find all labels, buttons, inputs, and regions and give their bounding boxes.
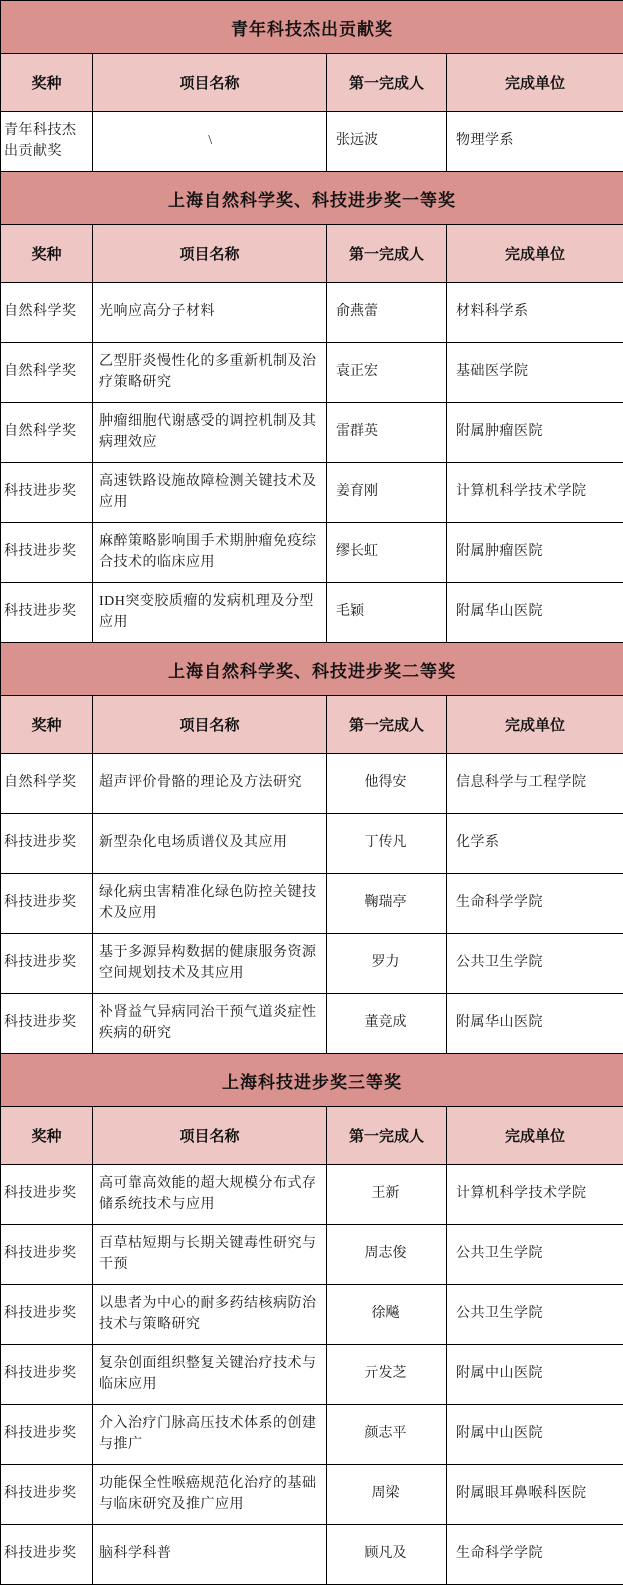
- award-section-table: 上海科技进步奖三等奖奖种项目名称第一完成人完成单位科技进步奖高可靠高效能的超大规…: [0, 1053, 623, 1585]
- award-type-cell: 科技进步奖: [1, 994, 93, 1054]
- unit-cell: 计算机科学技术学院: [447, 463, 623, 523]
- award-type-cell: 科技进步奖: [1, 1405, 93, 1465]
- table-row: 科技进步奖新型杂化电场质谱仪及其应用丁传凡化学系: [1, 814, 623, 874]
- unit-cell: 物理学系: [447, 112, 623, 172]
- column-header-row: 奖种项目名称第一完成人完成单位: [1, 225, 623, 283]
- award-type-cell: 科技进步奖: [1, 583, 93, 643]
- section-title: 青年科技杰出贡献奖: [1, 1, 623, 54]
- award-section-table: 上海自然科学奖、科技进步奖二等奖奖种项目名称第一完成人完成单位自然科学奖超声评价…: [0, 642, 623, 1054]
- first-completer-cell: 俞燕蕾: [327, 283, 447, 343]
- unit-cell: 化学系: [447, 814, 623, 874]
- column-header: 完成单位: [447, 1107, 623, 1165]
- section-band-row: 青年科技杰出贡献奖: [1, 1, 623, 54]
- unit-cell: 计算机科学技术学院: [447, 1165, 623, 1225]
- column-header-row: 奖种项目名称第一完成人完成单位: [1, 696, 623, 754]
- column-header: 第一完成人: [327, 225, 447, 283]
- award-type-cell: 科技进步奖: [1, 1345, 93, 1405]
- unit-cell: 公共卫生学院: [447, 934, 623, 994]
- project-name-cell: 复杂创面组织整复关键治疗技术与临床应用: [93, 1345, 327, 1405]
- first-completer-cell: 他得安: [327, 754, 447, 814]
- award-type-cell: 自然科学奖: [1, 754, 93, 814]
- awards-document: 青年科技杰出贡献奖奖种项目名称第一完成人完成单位青年科技杰出贡献奖\张远波物理学…: [0, 0, 623, 1585]
- table-row: 自然科学奖肿瘤细胞代谢感受的调控机制及其病理效应雷群英附属肿瘤医院: [1, 403, 623, 463]
- first-completer-cell: 顾凡及: [327, 1525, 447, 1585]
- award-type-cell: 科技进步奖: [1, 1465, 93, 1525]
- unit-cell: 附属肿瘤医院: [447, 523, 623, 583]
- column-header: 第一完成人: [327, 1107, 447, 1165]
- project-name-cell: 脑科学科普: [93, 1525, 327, 1585]
- table-row: 青年科技杰出贡献奖\张远波物理学系: [1, 112, 623, 172]
- unit-cell: 生命科学学院: [447, 874, 623, 934]
- table-row: 自然科学奖光响应高分子材料俞燕蕾材料科学系: [1, 283, 623, 343]
- unit-cell: 附属中山医院: [447, 1405, 623, 1465]
- award-section-table: 青年科技杰出贡献奖奖种项目名称第一完成人完成单位青年科技杰出贡献奖\张远波物理学…: [0, 0, 623, 172]
- table-row: 科技进步奖介入治疗门脉高压技术体系的创建与推广颜志平附属中山医院: [1, 1405, 623, 1465]
- table-row: 科技进步奖绿化病虫害精准化绿色防控关键技术及应用鞠瑞亭生命科学学院: [1, 874, 623, 934]
- award-type-cell: 科技进步奖: [1, 1525, 93, 1585]
- project-name-cell: 光响应高分子材料: [93, 283, 327, 343]
- project-name-cell: 绿化病虫害精准化绿色防控关键技术及应用: [93, 874, 327, 934]
- column-header: 完成单位: [447, 696, 623, 754]
- table-row: 科技进步奖以患者为中心的耐多药结核病防治技术与策略研究徐飚公共卫生学院: [1, 1285, 623, 1345]
- column-header: 项目名称: [93, 696, 327, 754]
- project-name-cell: 高速铁路设施故障检测关键技术及应用: [93, 463, 327, 523]
- unit-cell: 公共卫生学院: [447, 1225, 623, 1285]
- table-row: 科技进步奖百草枯短期与长期关键毒性研究与干预周志俊公共卫生学院: [1, 1225, 623, 1285]
- column-header: 完成单位: [447, 225, 623, 283]
- table-row: 科技进步奖IDH突变胶质瘤的发病机理及分型应用毛颖附属华山医院: [1, 583, 623, 643]
- first-completer-cell: 袁正宏: [327, 343, 447, 403]
- project-name-cell: 麻醉策略影响围手术期肿瘤免疫综合技术的临床应用: [93, 523, 327, 583]
- first-completer-cell: 王新: [327, 1165, 447, 1225]
- unit-cell: 附属眼耳鼻喉科医院: [447, 1465, 623, 1525]
- unit-cell: 信息科学与工程学院: [447, 754, 623, 814]
- project-name-cell: 乙型肝炎慢性化的多重新机制及治疗策略研究: [93, 343, 327, 403]
- table-row: 科技进步奖高可靠高效能的超大规模分布式存储系统技术与应用王新计算机科学技术学院: [1, 1165, 623, 1225]
- first-completer-cell: 鞠瑞亭: [327, 874, 447, 934]
- project-name-cell: IDH突变胶质瘤的发病机理及分型应用: [93, 583, 327, 643]
- first-completer-cell: 董竞成: [327, 994, 447, 1054]
- project-name-cell: 肿瘤细胞代谢感受的调控机制及其病理效应: [93, 403, 327, 463]
- column-header: 第一完成人: [327, 696, 447, 754]
- section-band-row: 上海科技进步奖三等奖: [1, 1054, 623, 1107]
- award-type-cell: 青年科技杰出贡献奖: [1, 112, 93, 172]
- section-band-row: 上海自然科学奖、科技进步奖二等奖: [1, 643, 623, 696]
- project-name-cell: 介入治疗门脉高压技术体系的创建与推广: [93, 1405, 327, 1465]
- first-completer-cell: 毛颖: [327, 583, 447, 643]
- project-name-cell: 新型杂化电场质谱仪及其应用: [93, 814, 327, 874]
- first-completer-cell: 张远波: [327, 112, 447, 172]
- column-header-row: 奖种项目名称第一完成人完成单位: [1, 54, 623, 112]
- first-completer-cell: 丁传凡: [327, 814, 447, 874]
- award-type-cell: 科技进步奖: [1, 874, 93, 934]
- table-row: 科技进步奖复杂创面组织整复关键治疗技术与临床应用亓发芝附属中山医院: [1, 1345, 623, 1405]
- project-name-cell: 基于多源异构数据的健康服务资源空间规划技术及其应用: [93, 934, 327, 994]
- column-header: 第一完成人: [327, 54, 447, 112]
- column-header-row: 奖种项目名称第一完成人完成单位: [1, 1107, 623, 1165]
- project-name-cell: 百草枯短期与长期关键毒性研究与干预: [93, 1225, 327, 1285]
- award-type-cell: 自然科学奖: [1, 283, 93, 343]
- award-type-cell: 科技进步奖: [1, 814, 93, 874]
- column-header: 项目名称: [93, 1107, 327, 1165]
- first-completer-cell: 徐飚: [327, 1285, 447, 1345]
- unit-cell: 附属华山医院: [447, 994, 623, 1054]
- column-header: 奖种: [1, 225, 93, 283]
- award-type-cell: 科技进步奖: [1, 1285, 93, 1345]
- project-name-cell: 功能保全性喉癌规范化治疗的基础与临床研究及推广应用: [93, 1465, 327, 1525]
- section-title: 上海自然科学奖、科技进步奖二等奖: [1, 643, 623, 696]
- unit-cell: 材料科学系: [447, 283, 623, 343]
- award-type-cell: 科技进步奖: [1, 523, 93, 583]
- section-band-row: 上海自然科学奖、科技进步奖一等奖: [1, 172, 623, 225]
- column-header: 奖种: [1, 54, 93, 112]
- award-type-cell: 自然科学奖: [1, 403, 93, 463]
- table-row: 科技进步奖脑科学科普顾凡及生命科学学院: [1, 1525, 623, 1585]
- award-type-cell: 科技进步奖: [1, 1165, 93, 1225]
- first-completer-cell: 颜志平: [327, 1405, 447, 1465]
- first-completer-cell: 周梁: [327, 1465, 447, 1525]
- project-name-cell: 高可靠高效能的超大规模分布式存储系统技术与应用: [93, 1165, 327, 1225]
- unit-cell: 基础医学院: [447, 343, 623, 403]
- unit-cell: 附属华山医院: [447, 583, 623, 643]
- project-name-cell: 超声评价骨骼的理论及方法研究: [93, 754, 327, 814]
- project-name-cell: 补肾益气异病同治干预气道炎症性疾病的研究: [93, 994, 327, 1054]
- column-header: 项目名称: [93, 54, 327, 112]
- table-row: 自然科学奖乙型肝炎慢性化的多重新机制及治疗策略研究袁正宏基础医学院: [1, 343, 623, 403]
- column-header: 完成单位: [447, 54, 623, 112]
- award-section-table: 上海自然科学奖、科技进步奖一等奖奖种项目名称第一完成人完成单位自然科学奖光响应高…: [0, 171, 623, 643]
- award-type-cell: 自然科学奖: [1, 343, 93, 403]
- first-completer-cell: 周志俊: [327, 1225, 447, 1285]
- first-completer-cell: 缪长虹: [327, 523, 447, 583]
- section-title: 上海自然科学奖、科技进步奖一等奖: [1, 172, 623, 225]
- unit-cell: 附属肿瘤医院: [447, 403, 623, 463]
- project-name-cell: \: [93, 112, 327, 172]
- first-completer-cell: 雷群英: [327, 403, 447, 463]
- table-row: 自然科学奖超声评价骨骼的理论及方法研究他得安信息科学与工程学院: [1, 754, 623, 814]
- table-row: 科技进步奖功能保全性喉癌规范化治疗的基础与临床研究及推广应用周梁附属眼耳鼻喉科医…: [1, 1465, 623, 1525]
- table-row: 科技进步奖补肾益气异病同治干预气道炎症性疾病的研究董竞成附属华山医院: [1, 994, 623, 1054]
- award-type-cell: 科技进步奖: [1, 1225, 93, 1285]
- unit-cell: 附属中山医院: [447, 1345, 623, 1405]
- column-header: 项目名称: [93, 225, 327, 283]
- table-row: 科技进步奖基于多源异构数据的健康服务资源空间规划技术及其应用罗力公共卫生学院: [1, 934, 623, 994]
- table-row: 科技进步奖高速铁路设施故障检测关键技术及应用姜育刚计算机科学技术学院: [1, 463, 623, 523]
- award-type-cell: 科技进步奖: [1, 934, 93, 994]
- award-type-cell: 科技进步奖: [1, 463, 93, 523]
- table-row: 科技进步奖麻醉策略影响围手术期肿瘤免疫综合技术的临床应用缪长虹附属肿瘤医院: [1, 523, 623, 583]
- project-name-cell: 以患者为中心的耐多药结核病防治技术与策略研究: [93, 1285, 327, 1345]
- unit-cell: 生命科学学院: [447, 1525, 623, 1585]
- column-header: 奖种: [1, 696, 93, 754]
- column-header: 奖种: [1, 1107, 93, 1165]
- first-completer-cell: 亓发芝: [327, 1345, 447, 1405]
- first-completer-cell: 罗力: [327, 934, 447, 994]
- first-completer-cell: 姜育刚: [327, 463, 447, 523]
- unit-cell: 公共卫生学院: [447, 1285, 623, 1345]
- section-title: 上海科技进步奖三等奖: [1, 1054, 623, 1107]
